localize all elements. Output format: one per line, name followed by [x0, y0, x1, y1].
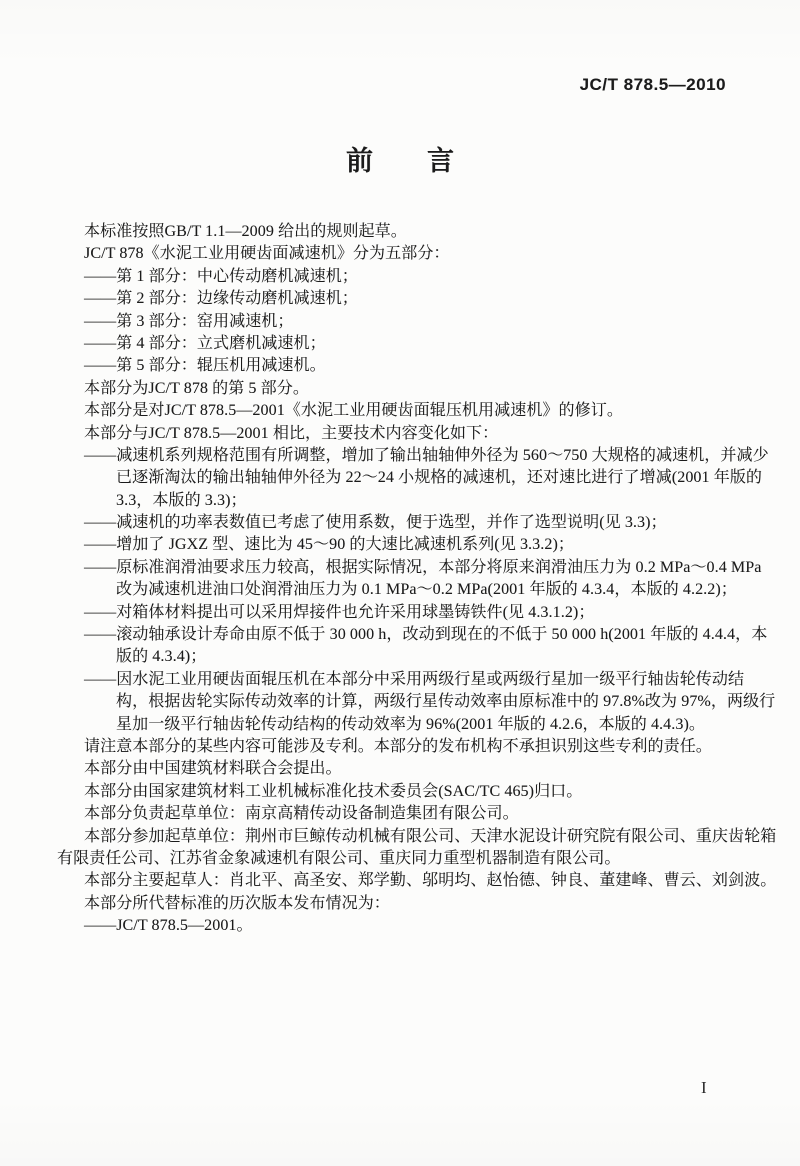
foreword-line: ——减速机系列规格范围有所调整，增加了输出轴轴伸外径为 560～750 大规格的…: [57, 445, 757, 467]
foreword-line: 改为减速机进油口处润滑油压力为 0.1 MPa～0.2 MPa(2001 年版的…: [57, 579, 757, 601]
foreword-line: 本部分负责起草单位：南京高精传动设备制造集团有限公司。: [57, 803, 757, 825]
foreword-line: 本部分由国家建筑材料工业机械标准化技术委员会(SAC/TC 465)归口。: [57, 781, 757, 803]
foreword-line: ——原标准润滑油要求压力较高，根据实际情况，本部分将原来润滑油压力为 0.2 M…: [57, 557, 757, 579]
foreword-line: ——滚动轴承设计寿命由原不低于 30 000 h，改动到现在的不低于 50 00…: [57, 624, 757, 646]
foreword-line: ——第 2 部分：边缘传动磨机减速机；: [57, 288, 757, 310]
foreword-line: 本部分与JC/T 878.5—2001 相比，主要技术内容变化如下：: [57, 423, 757, 445]
page-number: I: [701, 1078, 707, 1098]
foreword-line: 构，根据齿轮实际传动效率的计算，两级行星传动效率由原标准中的 97.8%改为 9…: [57, 691, 757, 713]
page-title: 前 言: [0, 146, 800, 176]
foreword-line: ——第 3 部分：窑用减速机；: [57, 311, 757, 333]
foreword-line: ——对箱体材料提出可以采用焊接件也允许采用球墨铸铁件(见 4.3.1.2)；: [57, 602, 757, 624]
foreword-line: ——增加了 JGXZ 型、速比为 45～90 的大速比减速机系列(见 3.3.2…: [57, 534, 757, 556]
foreword-line: 星加一级平行轴齿轮传动结构的传动效率为 96%(2001 年版的 4.2.6，本…: [57, 714, 757, 736]
foreword-line: ——第 1 部分：中心传动磨机减速机；: [57, 266, 757, 288]
foreword-line: 本部分参加起草单位：荆州市巨鲸传动机械有限公司、天津水泥设计研究院有限公司、重庆…: [57, 826, 757, 848]
foreword-line: JC/T 878《水泥工业用硬齿面减速机》分为五部分：: [57, 243, 757, 265]
foreword-line: ——JC/T 878.5—2001。: [57, 915, 757, 937]
foreword-line: 已逐渐淘汰的输出轴轴伸外径为 22～24 小规格的减速机，还对速比进行了增减(2…: [57, 467, 757, 489]
foreword-line: 本部分由中国建筑材料联合会提出。: [57, 758, 757, 780]
standard-code: JC/T 878.5—2010: [580, 75, 726, 95]
foreword-line: ——第 4 部分：立式磨机减速机；: [57, 333, 757, 355]
foreword-body: 本标准按照GB/T 1.1—2009 给出的规则起草。JC/T 878《水泥工业…: [57, 221, 757, 938]
foreword-line: ——第 5 部分：辊压机用减速机。: [57, 355, 757, 377]
foreword-line: 本部分为JC/T 878 的第 5 部分。: [57, 378, 757, 400]
foreword-line: 请注意本部分的某些内容可能涉及专利。本部分的发布机构不承担识别这些专利的责任。: [57, 736, 757, 758]
document-page: JC/T 878.5—2010 前 言 本标准按照GB/T 1.1—2009 给…: [0, 0, 800, 1166]
foreword-line: 本部分所代替标准的历次版本发布情况为：: [57, 893, 757, 915]
foreword-line: 有限责任公司、江苏省金象减速机有限公司、重庆同力重型机器制造有限公司。: [57, 848, 757, 870]
foreword-line: 3.3，本版的 3.3)；: [57, 490, 757, 512]
foreword-line: ——因水泥工业用硬齿面辊压机在本部分中采用两级行星或两级行星加一级平行轴齿轮传动…: [57, 669, 757, 691]
foreword-line: 本部分主要起草人：肖北平、高圣安、郑学勤、邬明均、赵怡德、钟良、董建峰、曹云、刘…: [57, 870, 757, 892]
foreword-line: 本部分是对JC/T 878.5—2001《水泥工业用硬齿面辊压机用减速机》的修订…: [57, 400, 757, 422]
foreword-line: 版的 4.3.4)；: [57, 646, 757, 668]
foreword-line: ——减速机的功率表数值已考虑了使用系数，便于选型，并作了选型说明(见 3.3)；: [57, 512, 757, 534]
foreword-line: 本标准按照GB/T 1.1—2009 给出的规则起草。: [57, 221, 757, 243]
